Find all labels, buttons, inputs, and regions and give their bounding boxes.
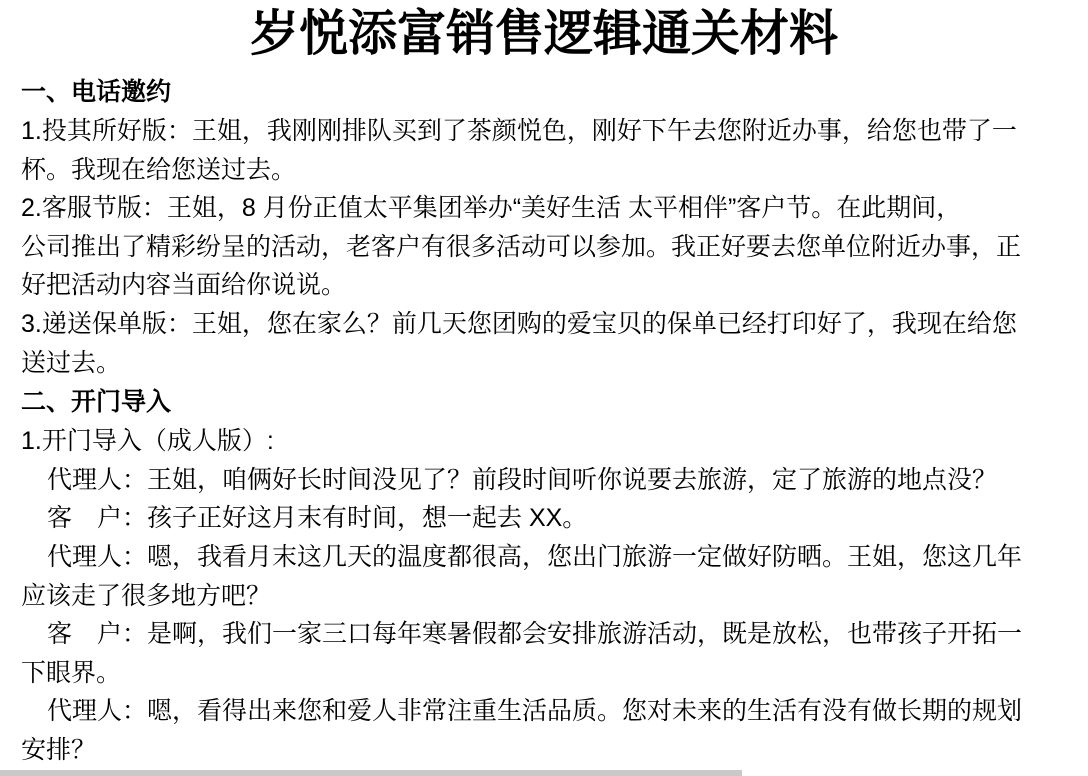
document-title: 岁悦添富销售逻辑通关材料 [21,2,1067,66]
paragraph-line: 3.递送保单版：王姐，您在家么？前几天您团购的爱宝贝的保单已经打印好了，我现在给… [21,305,1067,344]
bottom-cutoff-bar [0,770,742,776]
dialogue-line-agent: 代理人：嗯，我看月末这几天的温度都很高，您出门旅游一定做好防晒。王姐，您这几年 [21,538,1067,577]
dialogue-line-customer: 客 户：孩子正好这月末有时间，想一起去 XX。 [21,499,1067,538]
paragraph-line: 送过去。 [21,344,1067,383]
paragraph-line: 1.投其所好版：王姐，我刚刚排队买到了茶颜悦色，刚好下午去您附近办事，给您也带了… [21,112,1067,151]
dialogue-line-agent: 代理人：嗯，看得出来您和爱人非常注重生活品质。您对未来的生活有没有做长期的规划 [21,692,1067,731]
dialogue-line-continuation: 下眼界。 [21,654,1067,693]
dialogue-line-agent: 代理人：王姐，咱俩好长时间没见了？前段时间听你说要去旅游，定了旅游的地点没？ [21,461,1067,500]
paragraph-line: 1.开门导入（成人版）: [21,422,1067,461]
paragraph-line: 杯。我现在给您送过去。 [21,151,1067,190]
paragraph-line: 公司推出了精彩纷呈的活动，老客户有很多活动可以参加。我正好要去您单位附近办事，正 [21,228,1067,267]
section-heading-phone-invite: 一、电话邀约 [21,72,1067,112]
dialogue-line-continuation: 安排？ [21,731,1067,770]
dialogue-line-continuation: 应该走了很多地方吧？ [21,577,1067,616]
dialogue-line-customer: 客 户：是啊，我们一家三口每年寒暑假都会安排旅游活动，既是放松，也带孩子开拓一 [21,615,1067,654]
document-page: 岁悦添富销售逻辑通关材料 一、电话邀约 1.投其所好版：王姐，我刚刚排队买到了茶… [0,0,1088,770]
paragraph-line: 2.客服节版：王姐，8 月份正值太平集团举办“美好生活 太平相伴”客户节。在此期… [21,189,1067,228]
section-heading-opening-intro: 二、开门导入 [21,382,1067,422]
paragraph-line: 好把活动内容当面给你说说。 [21,266,1067,305]
